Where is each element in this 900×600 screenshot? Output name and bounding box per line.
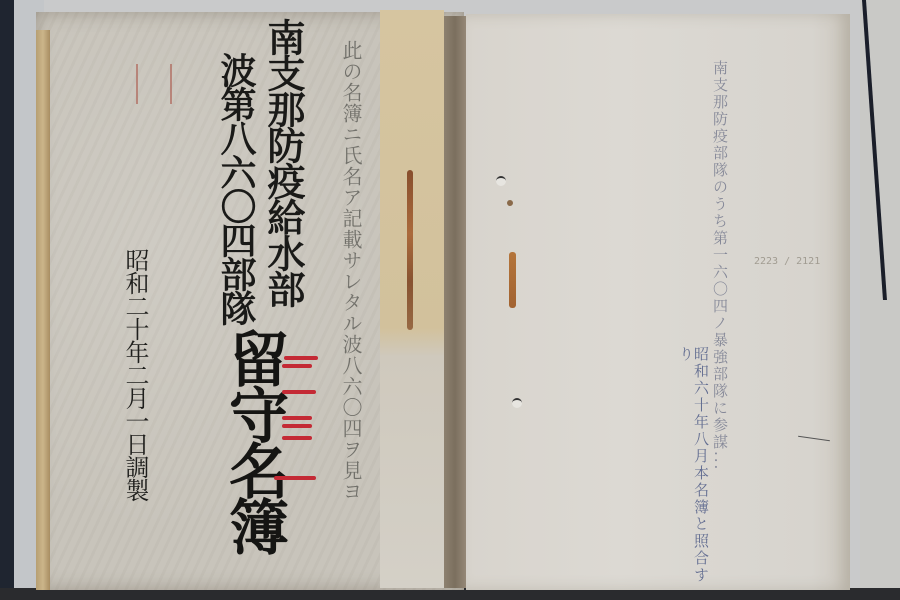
sheet-number-note: 2223 / 2121 xyxy=(754,256,820,267)
red-mark xyxy=(282,424,312,428)
red-mark xyxy=(282,416,312,420)
red-mark xyxy=(282,390,316,394)
cover-title-unit: 南支那防疫給水部 xyxy=(254,18,302,306)
punch-hole xyxy=(496,176,506,186)
loose-sheet xyxy=(466,14,850,590)
punch-hole xyxy=(512,398,522,408)
sheet-rust-stain xyxy=(509,252,516,308)
red-mark xyxy=(282,364,312,368)
background-table-right xyxy=(860,0,900,600)
binding-spine xyxy=(444,16,466,588)
rust-stain-staple xyxy=(407,170,413,330)
red-mark xyxy=(284,356,318,360)
red-annotation-marks xyxy=(278,356,328,484)
punch-hole-small xyxy=(507,200,513,206)
cover-frayed-edge xyxy=(36,30,50,590)
sheet-blue-note: 昭和六十年八月本名簿と照合すり xyxy=(678,346,708,600)
red-mark xyxy=(282,436,312,440)
red-mark xyxy=(274,476,316,480)
cover-title-register: 留守名簿 xyxy=(214,328,284,552)
cover-date: 昭和二十年二月一日調製 xyxy=(117,248,147,501)
sheet-pencil-note: 南支那防疫部隊のうち第一六〇四ノ暴強部隊に参謀... xyxy=(712,60,727,471)
cover-title-code: 波第八六〇四部隊 xyxy=(206,52,254,324)
cover-pencil-note: 此の名簿ニ氏名ア記載サレタル波八六〇四ヲ見ヨ xyxy=(335,40,361,502)
red-pencil-mark xyxy=(136,64,172,104)
background-dark-edge xyxy=(0,0,14,600)
